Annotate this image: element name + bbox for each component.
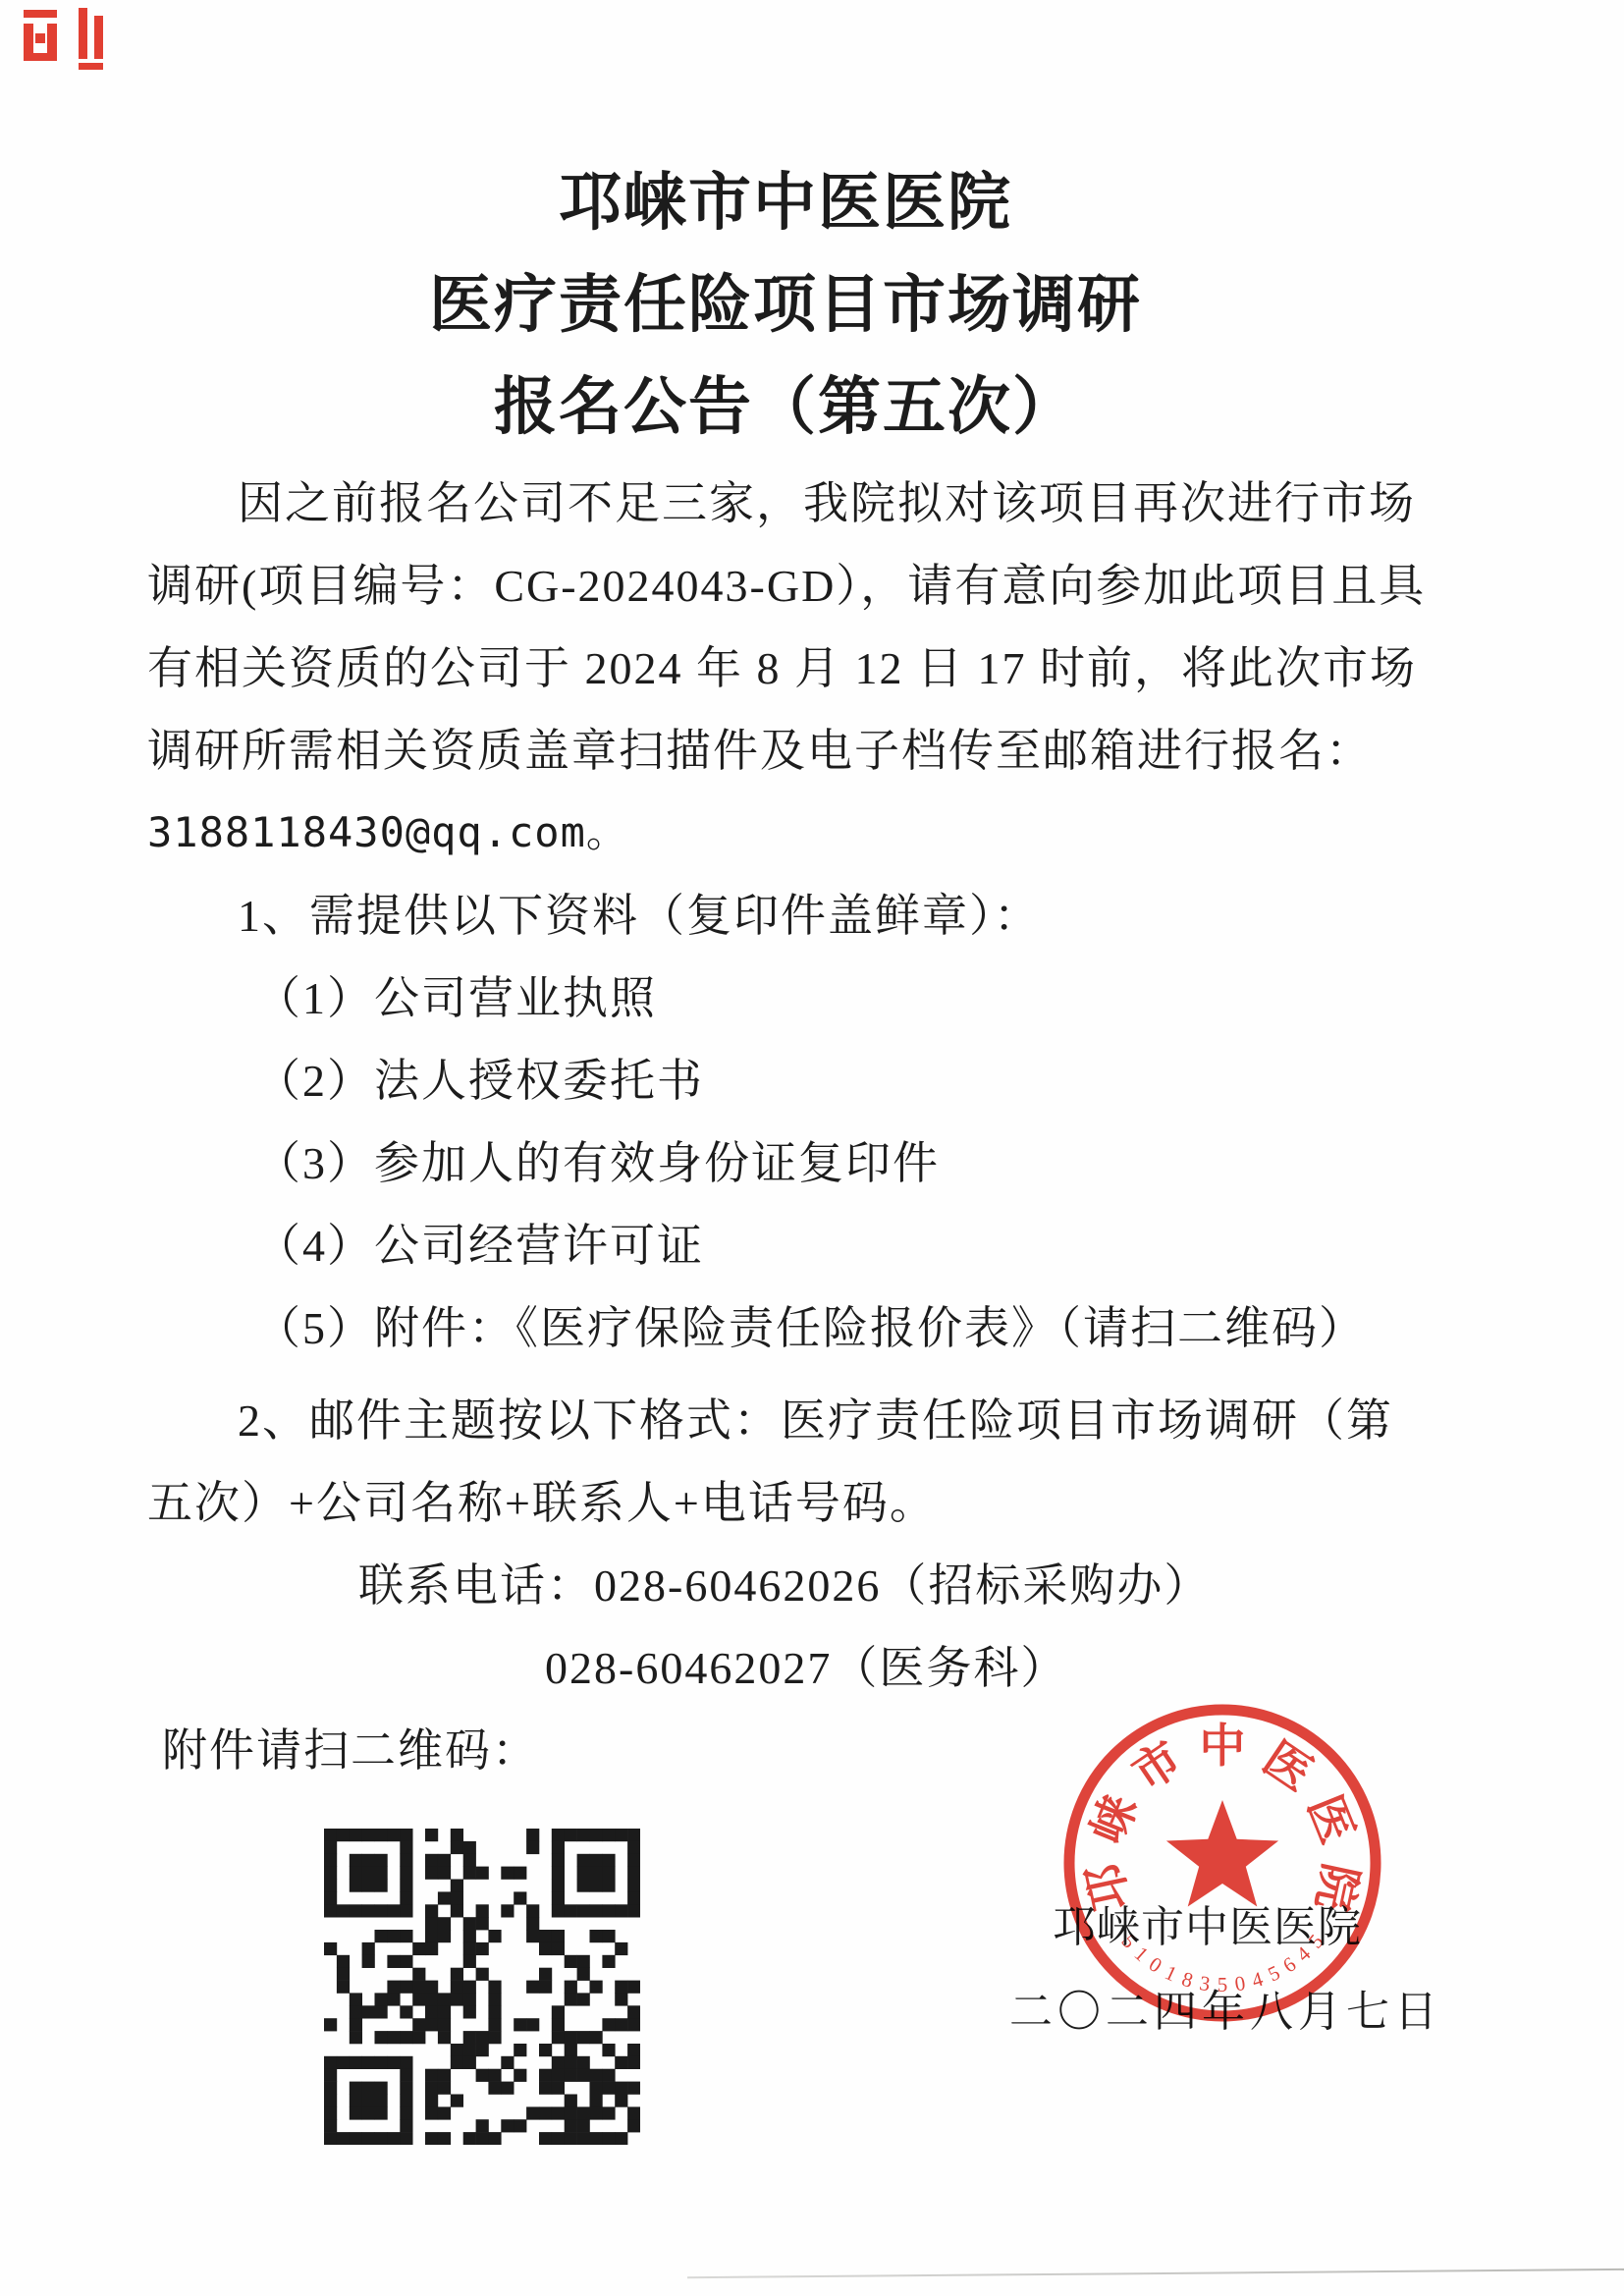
svg-text:5: 5 — [1218, 1973, 1228, 1996]
svg-text:0: 0 — [1233, 1971, 1247, 1995]
document-body: 邛崃市中医医院 医疗责任险项目市场调研 报名公告（第五次） 因之前报名公司不足三… — [147, 152, 1424, 1788]
list2-line-1: 2、邮件主题按以下格式：医疗责任险项目市场调研（第 — [147, 1376, 1424, 1458]
scan-edge-artifact — [687, 2269, 1624, 2278]
svg-text:5: 5 — [1303, 1930, 1327, 1952]
list1-item-3: （3）参加人的有效身份证复印件 — [147, 1119, 1424, 1201]
contact-phone-1: 联系电话：028-60462026（招标采购办） — [147, 1541, 1424, 1623]
svg-text:3: 3 — [1198, 1971, 1212, 1995]
page-title-line1: 邛崃市中医医院 — [147, 152, 1424, 254]
svg-text:中: 中 — [1200, 1722, 1246, 1773]
page-title-line3: 报名公告（第五次） — [147, 356, 1424, 459]
intro-line-3: 有相关资质的公司于 2024 年 8 月 12 日 17 时前，将此次市场 — [147, 624, 1424, 706]
svg-text:医: 医 — [1297, 1788, 1362, 1850]
registration-email: 3188118430@qq.com。 — [147, 789, 1424, 871]
list1-item-2: （2）法人授权委托书 — [147, 1036, 1424, 1119]
svg-text:4: 4 — [1249, 1967, 1266, 1993]
list1-item-5: （5）附件：《医疗保险责任险报价表》（请扫二维码） — [147, 1284, 1424, 1366]
official-red-seal: 邛崃市中医医院5101835045645 — [1058, 1699, 1386, 2027]
list1-item-1: （1）公司营业执照 — [147, 954, 1424, 1036]
svg-text:0: 0 — [1145, 1952, 1166, 1978]
svg-text:1: 1 — [1162, 1960, 1181, 1986]
list1-heading: 1、需提供以下资料（复印件盖鲜章）： — [147, 871, 1424, 954]
svg-text:邛: 邛 — [1079, 1859, 1139, 1915]
intro-line-1: 因之前报名公司不足三家，我院拟对该项目再次进行市场 — [147, 459, 1424, 541]
scanned-announcement-page: 邛崃市中医医院 医疗责任险项目市场调研 报名公告（第五次） 因之前报名公司不足三… — [0, 0, 1624, 2296]
svg-text:院: 院 — [1306, 1859, 1366, 1915]
page-title-line2: 医疗责任险项目市场调研 — [147, 254, 1424, 356]
list2-line-2: 五次）+公司名称+联系人+电话号码。 — [147, 1458, 1424, 1541]
intro-line-2: 调研(项目编号：CG-2024043-GD），请有意向参加此项目且具 — [147, 541, 1424, 624]
svg-text:崃: 崃 — [1083, 1788, 1148, 1850]
list1-item-4: （4）公司经营许可证 — [147, 1201, 1424, 1284]
svg-text:8: 8 — [1179, 1967, 1196, 1993]
contact-phone-2: 028-60462027（医务科） — [147, 1623, 1424, 1706]
svg-text:5: 5 — [1265, 1960, 1284, 1986]
intro-line-4: 调研所需相关资质盖章扫描件及电子档传至邮箱进行报名： — [147, 706, 1424, 789]
attachment-qr-code — [324, 1829, 640, 2145]
red-ink-artifact — [22, 6, 139, 80]
